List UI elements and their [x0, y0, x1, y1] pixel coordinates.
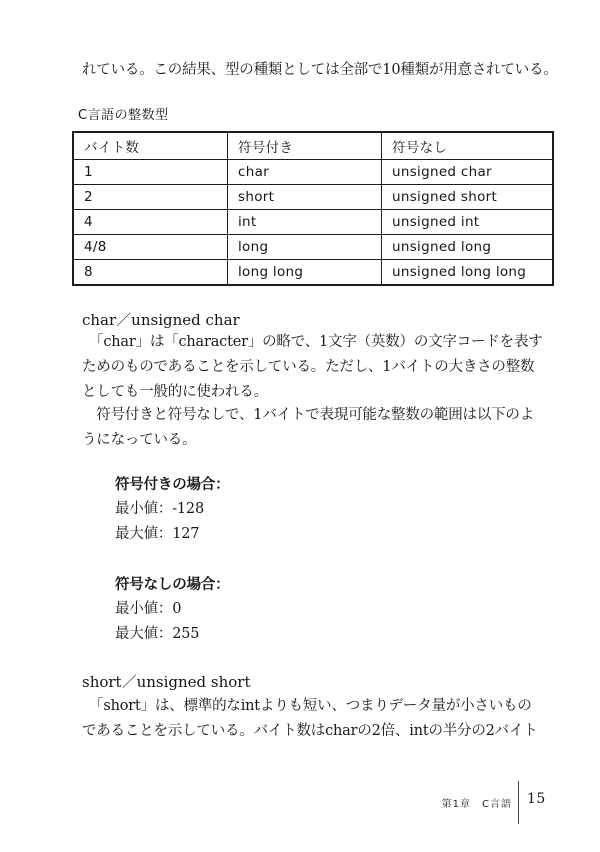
- header-bytes: バイト数: [73, 132, 228, 160]
- table-row: 4 int unsigned int: [73, 210, 553, 235]
- section-char-paragraph-1: 「char」は「character」の略で、1文字（英数）の文字コードを表す た…: [82, 330, 543, 405]
- table-row: 2 short unsigned short: [73, 185, 553, 210]
- table-header-row: バイト数 符号付き 符号なし: [73, 132, 553, 160]
- integer-types-table: バイト数 符号付き 符号なし 1 char unsigned char 2 sh…: [72, 131, 554, 286]
- paragraph-line: であることを示している。バイト数はcharの2倍、intの半分の2バイト: [82, 719, 538, 744]
- paragraph-line: 「char」は「character」の略で、1文字（英数）の文字コードを表す: [82, 330, 543, 355]
- section-short-heading: short／unsigned short: [82, 670, 251, 695]
- cell-unsigned: unsigned long: [382, 235, 554, 260]
- table-row: 4/8 long unsigned long: [73, 235, 553, 260]
- cell-signed: long: [228, 235, 382, 260]
- unsigned-range-title: 符号なしの場合：: [115, 572, 229, 597]
- cell-unsigned: unsigned int: [382, 210, 554, 235]
- signed-max-value: 最大値：127: [115, 522, 229, 547]
- table-caption: C言語の整数型: [78, 107, 169, 125]
- table-row: 8 long long unsigned long long: [73, 260, 553, 286]
- signed-range-title: 符号付きの場合：: [115, 472, 229, 497]
- header-unsigned: 符号なし: [382, 132, 554, 160]
- paragraph-line: うになっている。: [82, 428, 534, 453]
- book-page: れている。この結果、型の種類としては全部で10種類が用意されている。 C言語の整…: [0, 0, 600, 852]
- cell-unsigned: unsigned char: [382, 160, 554, 185]
- header-signed: 符号付き: [228, 132, 382, 160]
- unsigned-max-value: 最大値：255: [115, 622, 229, 647]
- signed-min-value: 最小値：-128: [115, 497, 229, 522]
- paragraph-line: ためのものであることを示している。ただし、1バイトの大きさの整数: [82, 355, 543, 380]
- cell-signed: long long: [228, 260, 382, 286]
- cell-bytes: 1: [73, 160, 228, 185]
- cell-bytes: 8: [73, 260, 228, 286]
- cell-signed: char: [228, 160, 382, 185]
- cell-bytes: 4: [73, 210, 228, 235]
- paragraph-line: 符号付きと符号なしで、1バイトで表現可能な整数の範囲は以下のよ: [82, 403, 534, 428]
- cell-unsigned: unsigned long long: [382, 260, 554, 286]
- unsigned-min-value: 最小値：0: [115, 597, 229, 622]
- footer-chapter-label: 第1章 C言語: [442, 795, 512, 810]
- cell-bytes: 4/8: [73, 235, 228, 260]
- signed-range-block: 符号付きの場合： 最小値：-128 最大値：127: [115, 472, 229, 547]
- table-row: 1 char unsigned char: [73, 160, 553, 185]
- cell-unsigned: unsigned short: [382, 185, 554, 210]
- cell-signed: short: [228, 185, 382, 210]
- footer-divider-line: [518, 781, 519, 824]
- cell-bytes: 2: [73, 185, 228, 210]
- section-short-paragraph: 「short」は、標準的なintよりも短い、つまりデータ量が小さいもの であるこ…: [82, 694, 538, 744]
- paragraph-line: としても一般的に使われる。: [82, 380, 543, 405]
- unsigned-range-block: 符号なしの場合： 最小値：0 最大値：255: [115, 572, 229, 647]
- intro-paragraph-line: れている。この結果、型の種類としては全部で10種類が用意されている。: [82, 58, 558, 83]
- section-char-paragraph-2: 符号付きと符号なしで、1バイトで表現可能な整数の範囲は以下のよ うになっている。: [82, 403, 534, 453]
- cell-signed: int: [228, 210, 382, 235]
- paragraph-line: 「short」は、標準的なintよりも短い、つまりデータ量が小さいもの: [82, 694, 538, 719]
- footer-page-number: 15: [527, 791, 546, 807]
